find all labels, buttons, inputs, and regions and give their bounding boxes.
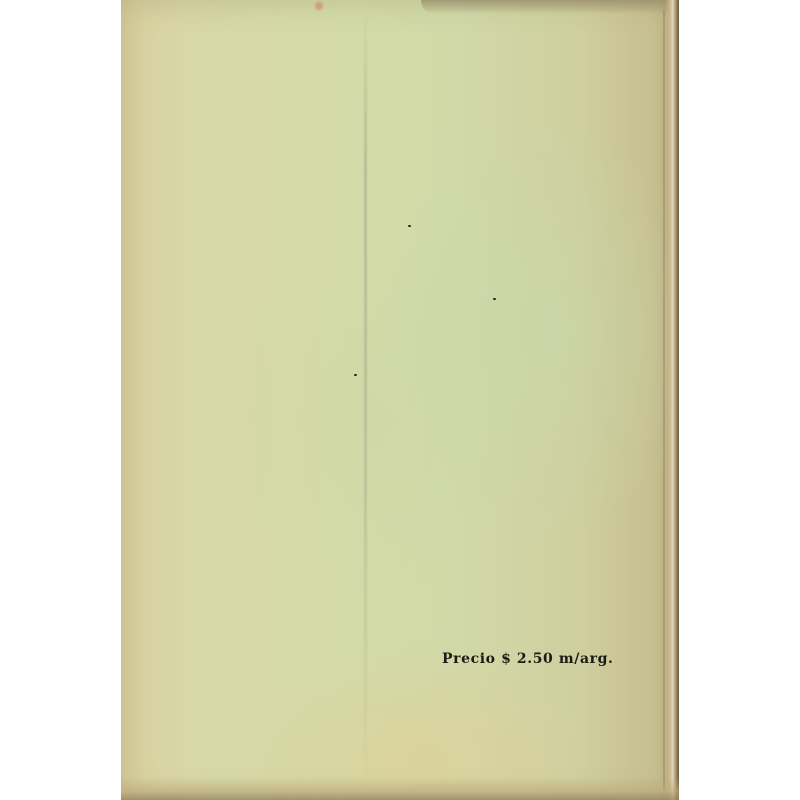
frayed-spine-edge [665,0,679,800]
paper-speck [354,374,357,376]
worn-bottom-edge [121,778,679,800]
book-back-cover: Precio $ 2.50 m/arg. [121,0,679,800]
paper-stain [315,2,323,10]
scan-canvas: Precio $ 2.50 m/arg. [0,0,800,800]
paper-speck [493,298,496,300]
worn-top-edge [421,0,679,14]
fold-crease [364,10,367,790]
price-label: Precio $ 2.50 m/arg. [442,651,614,667]
paper-speck [408,225,411,227]
